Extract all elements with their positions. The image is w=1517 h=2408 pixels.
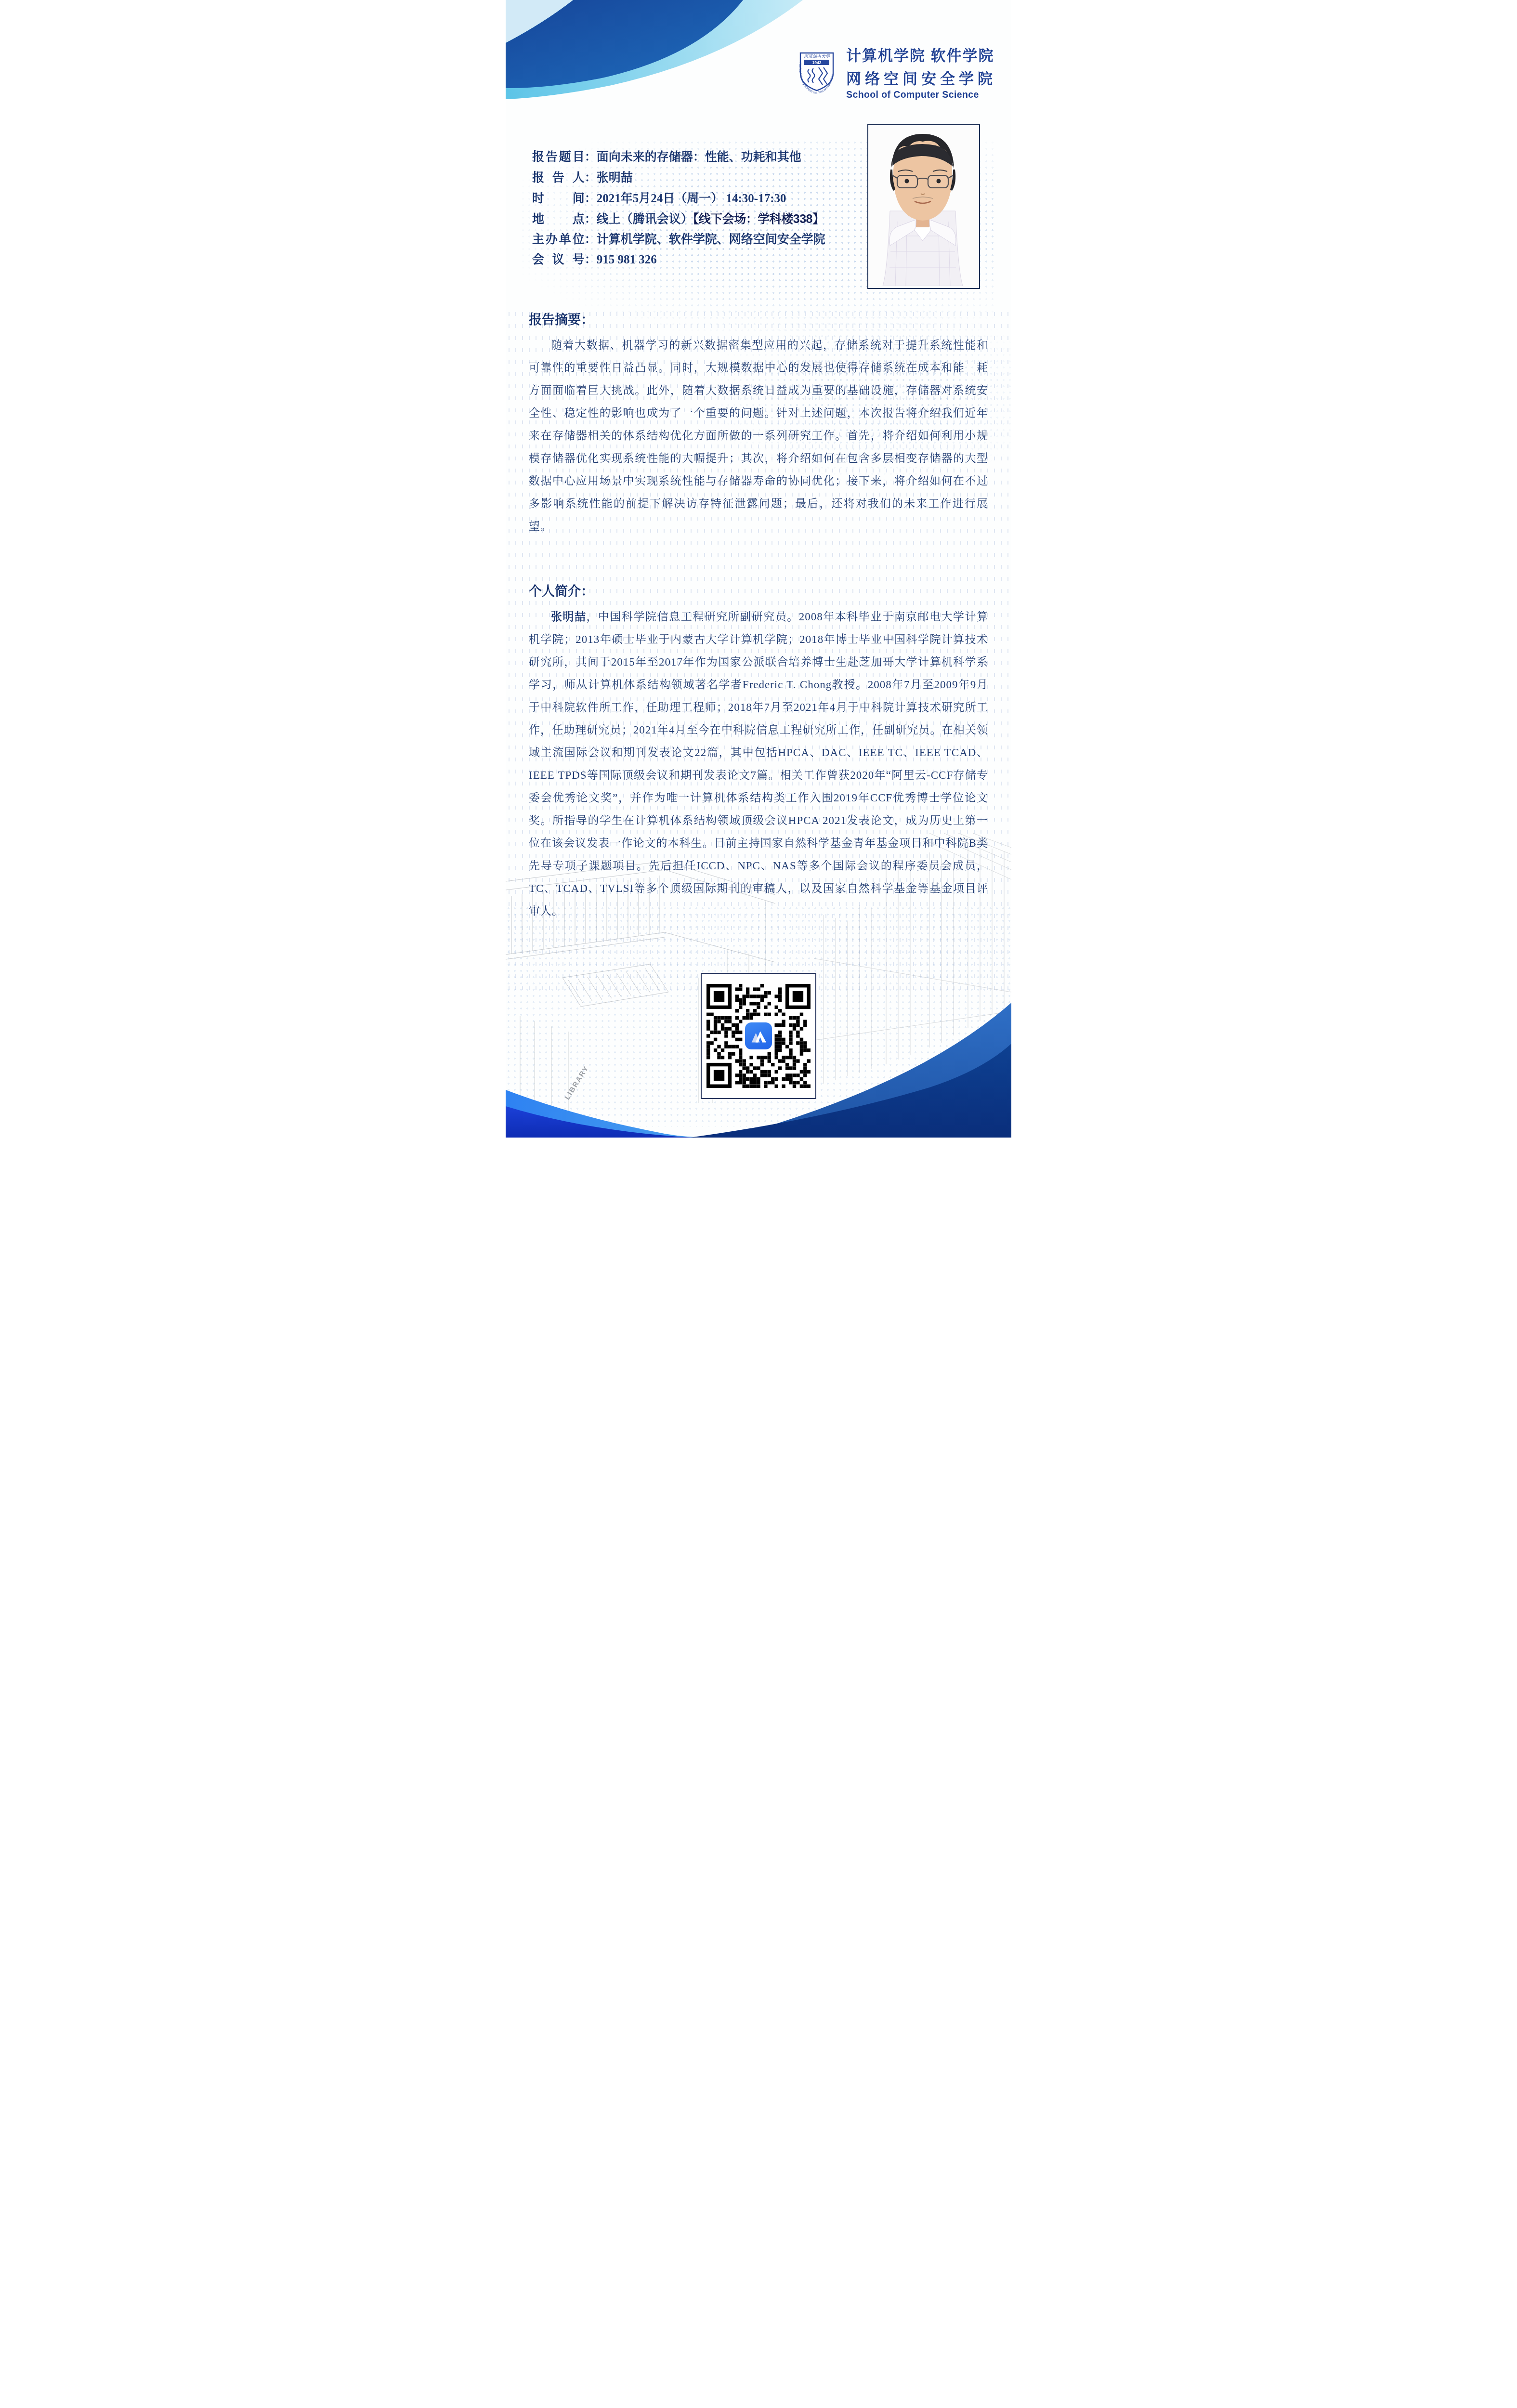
abstract-heading: 报告摘要：: [529, 309, 988, 328]
bio-text: 张明喆，中国科学院信息工程研究所副研究员。2008年本科毕业于南京邮电大学计算机…: [529, 605, 988, 922]
abstract-text: 随着大数据、机器学习的新兴数据密集型应用的兴起，存储系统对于提升系统性能和可靠性…: [529, 334, 988, 537]
bio-section: 个人简介： 张明喆，中国科学院信息工程研究所副研究员。2008年本科毕业于南京邮…: [529, 581, 988, 922]
tencent-meeting-icon: [745, 1022, 772, 1049]
abstract-section: 报告摘要： 随着大数据、机器学习的新兴数据密集型应用的兴起，存储系统对于提升系统…: [529, 309, 988, 537]
offline-venue-highlight: 【线下会场：学科楼338】: [693, 212, 824, 226]
organizer: 计算机学院、软件学院、网络空间安全学院: [597, 233, 825, 246]
school-name-line2: 网络空间安全学院: [846, 66, 996, 88]
school-name-line1: 计算机学院 软件学院: [846, 43, 996, 65]
university-logo-icon: 南京邮电大学 1942 Nanjing University of Posts …: [794, 50, 840, 94]
pale-corner-wedge: [506, 0, 573, 43]
info-row-title: 报告题目：面向未来的存储器：性能、功耗和其他: [532, 147, 869, 168]
talk-title: 面向未来的存储器：性能、功耗和其他: [597, 151, 801, 164]
bio-heading: 个人简介：: [529, 581, 988, 600]
svg-text:1942: 1942: [812, 60, 822, 65]
svg-text:南京邮电大学: 南京邮电大学: [804, 54, 831, 59]
info-row-speaker: 报告人：张明喆: [532, 168, 869, 188]
library-label: LIBRARY: [563, 1064, 590, 1101]
bio-speaker-name: 张明喆: [551, 610, 587, 623]
school-name-en: School of Computer Science: [846, 90, 996, 101]
meeting-id: 915 981 326: [597, 253, 657, 266]
seminar-poster: LIBRARY 南京邮电大学 1942: [506, 0, 1011, 1138]
talk-location: 线上（腾讯会议）: [597, 213, 693, 226]
info-row-location: 地点：线上（腾讯会议）【线下会场：学科楼338】: [532, 209, 869, 230]
talk-time: 2021年5月24日（周一） 14:30-17:30: [597, 192, 786, 205]
speaker-name: 张明喆: [597, 171, 633, 184]
info-row-time: 时间：2021年5月24日（周一） 14:30-17:30: [532, 189, 869, 209]
speaker-portrait: [868, 125, 977, 286]
speaker-photo: [867, 124, 980, 289]
awning-hatch: [562, 964, 668, 1007]
info-row-meeting-id: 会议号：915 981 326: [532, 250, 869, 270]
info-row-organizer: 主办单位：计算机学院、软件学院、网络空间安全学院: [532, 230, 869, 250]
talk-info: 报告题目：面向未来的存储器：性能、功耗和其他 报告人：张明喆 时间：2021年5…: [532, 147, 869, 271]
qr-code: [701, 973, 816, 1099]
brand-header: 南京邮电大学 1942 Nanjing University of Posts …: [794, 43, 996, 101]
